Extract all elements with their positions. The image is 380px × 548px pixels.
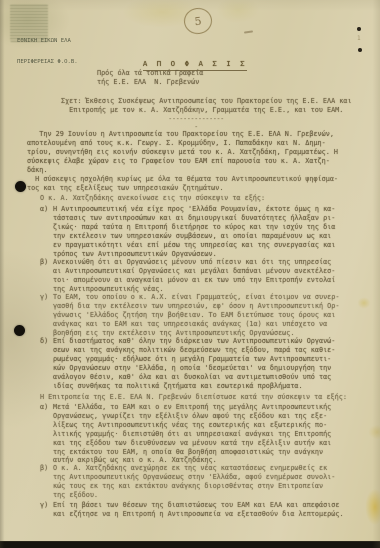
list-item-alpha: α) Η Αντιπροσωπευτική νέα είχε προς 'Ελλ… — [40, 205, 335, 258]
list-item-text: Επί διαστήματος καθ' όλην την διάρκειαν … — [53, 337, 335, 390]
list-item-gamma-2: γ) Επί τη βάσει των θέσεων της διαπιστώσ… — [40, 501, 344, 519]
announcement-intro-line: Ο κ. Α. Χατζηδάκης ανεκοίνωσε εις την σύ… — [40, 194, 265, 203]
list-item-beta-2: β) Ο κ. Α. Χατζηδάκης ανεχώρησε εκ της ν… — [40, 464, 335, 500]
separator-dashes: ---------------- — [168, 115, 224, 131]
list-item-gamma: γ) Το ΕΑΜ, του οποίου ο κ. Α.Χ. είναι Γρ… — [40, 293, 339, 338]
addressee-block: Πρός όλα τά τοπικά Γραφεία τής Ε.Ε. ΕΛΑ … — [97, 69, 203, 87]
list-item-bullet: γ) — [40, 293, 53, 302]
list-item-delta: δ) Επί διαστήματος καθ' όλην την διάρκει… — [40, 337, 335, 390]
list-item-text: Επί τη βάσει των θέσεων της διαπιστώσεως… — [53, 501, 344, 519]
list-item-bullet: γ) — [40, 501, 53, 510]
typed-text-layer: Α Π Ο Φ Α Σ Ι Σ Πρός όλα τά τοπικά Γραφε… — [0, 0, 380, 548]
hole-punch-bottom — [14, 325, 25, 336]
list-item-bullet: α) — [40, 205, 53, 214]
hole-punch-top — [15, 181, 26, 192]
document-page: ΕΘΝΙΚΗ ΕΙΚΩΝ ΕΛΑ ΠΕΡΙΦΕΡΕΙΑΣ Φ.Ο.Β. 5 1 … — [0, 0, 380, 548]
list-item-bullet: α) — [40, 403, 53, 412]
findings-intro-line: Η Επιτροπεία της Ε.Ε. ΕΛΑ Ν. Γρεβενών δι… — [40, 393, 347, 402]
bottom-scan-edge — [0, 541, 380, 548]
list-item-bullet: β) — [40, 464, 53, 473]
list-item-text: Μετά 'Ελλάδα, το ΕΑΜ και ο εν Επιτροπή τ… — [53, 403, 331, 465]
subject-block: Σχετ: Έκθεσις Συσκέψεως Αντιπροσωπείας τ… — [61, 97, 352, 115]
list-item-bullet: δ) — [40, 337, 53, 346]
paragraph-discussion: Η σύσκεψις ησχολήθη κυρίως με όλα τα θέμ… — [27, 175, 338, 193]
list-item-bullet: β) — [40, 258, 53, 267]
list-item-text: Ο κ. Α. Χατζηδάκης ανεχώρησε εκ της νέας… — [53, 464, 335, 500]
list-item-beta: β) Ανεκοινώθη ότι αι Οργανώσεις μένουν υ… — [40, 258, 335, 294]
list-item-text: Η Αντιπροσωπευτική νέα είχε προς 'Ελλάδα… — [53, 205, 335, 258]
list-item-alpha-2: α) Μετά 'Ελλάδα, το ΕΑΜ και ο εν Επιτροπ… — [40, 403, 331, 465]
list-item-text: Ανεκοινώθη ότι αι Οργανώσεις μένουν υπό … — [53, 258, 335, 294]
list-item-text: Το ΕΑΜ, του οποίου ο κ. Α.Χ. είναι Γραμμ… — [53, 293, 339, 338]
paragraph-opening: Την 29 Ιουνίου η Αντιπροσωπεία του Πρακτ… — [27, 130, 338, 175]
document-title: Α Π Ο Φ Α Σ Ι Σ — [120, 51, 270, 70]
